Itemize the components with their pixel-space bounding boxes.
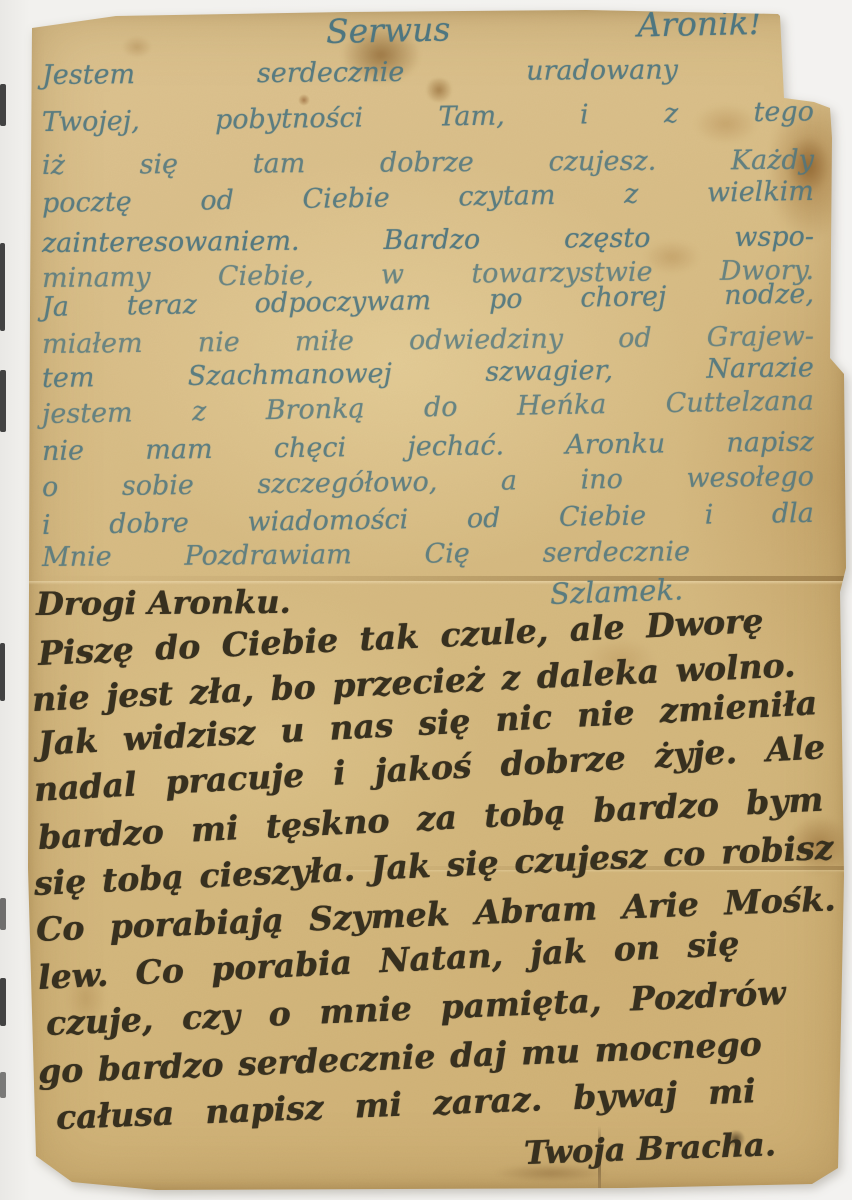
handwriting-line: o sobie szczegółowo, a ino wesołego — [42, 461, 814, 503]
second-letter-signature: Twoja Bracha. — [523, 1125, 784, 1172]
scan-edge-mark — [0, 243, 5, 331]
handwriting-line: nie mam chęci jechać. Aronku napisz — [42, 427, 814, 467]
scan-edge-mark — [0, 978, 6, 1026]
handwriting-line: i dobre wiadomości od Ciebie i dla — [42, 498, 814, 541]
postcard-wrapper: Serwus Aronik! Jestem serdecznie uradowa… — [26, 8, 848, 1190]
handwriting-line: Jestem serdecznie uradowany z — [42, 53, 814, 91]
paper-stain — [122, 36, 152, 58]
scan-edge-mark — [0, 84, 6, 126]
postcard-paper: Serwus Aronik! Jestem serdecznie uradowa… — [26, 8, 848, 1190]
handwriting-line: pocztę od Ciebie czytam z wielkim — [42, 176, 814, 219]
letter-heading: Serwus Aronik! — [326, 3, 763, 51]
scan-edge-mark — [0, 1072, 6, 1098]
scanner-edge-strip — [0, 0, 9, 1200]
scan-edge-mark — [0, 370, 6, 432]
handwriting-line: Twojej, pobytności Tam, i z tego — [42, 96, 814, 138]
second-letter-salutation: Drogi Aronku. — [36, 582, 366, 623]
handwriting-line: iż się tam dobrze czujesz. Każdy — [42, 145, 814, 181]
scan-edge-mark — [0, 898, 6, 930]
scan-edge-mark — [0, 643, 5, 701]
scanned-letter-scene: Serwus Aronik! Jestem serdecznie uradowa… — [0, 0, 852, 1200]
handwriting-line: Mnie Pozdrawiam Cię serdecznie — [42, 536, 690, 573]
handwriting-line: zainteresowaniem. Bardzo często wspo- — [42, 221, 814, 259]
